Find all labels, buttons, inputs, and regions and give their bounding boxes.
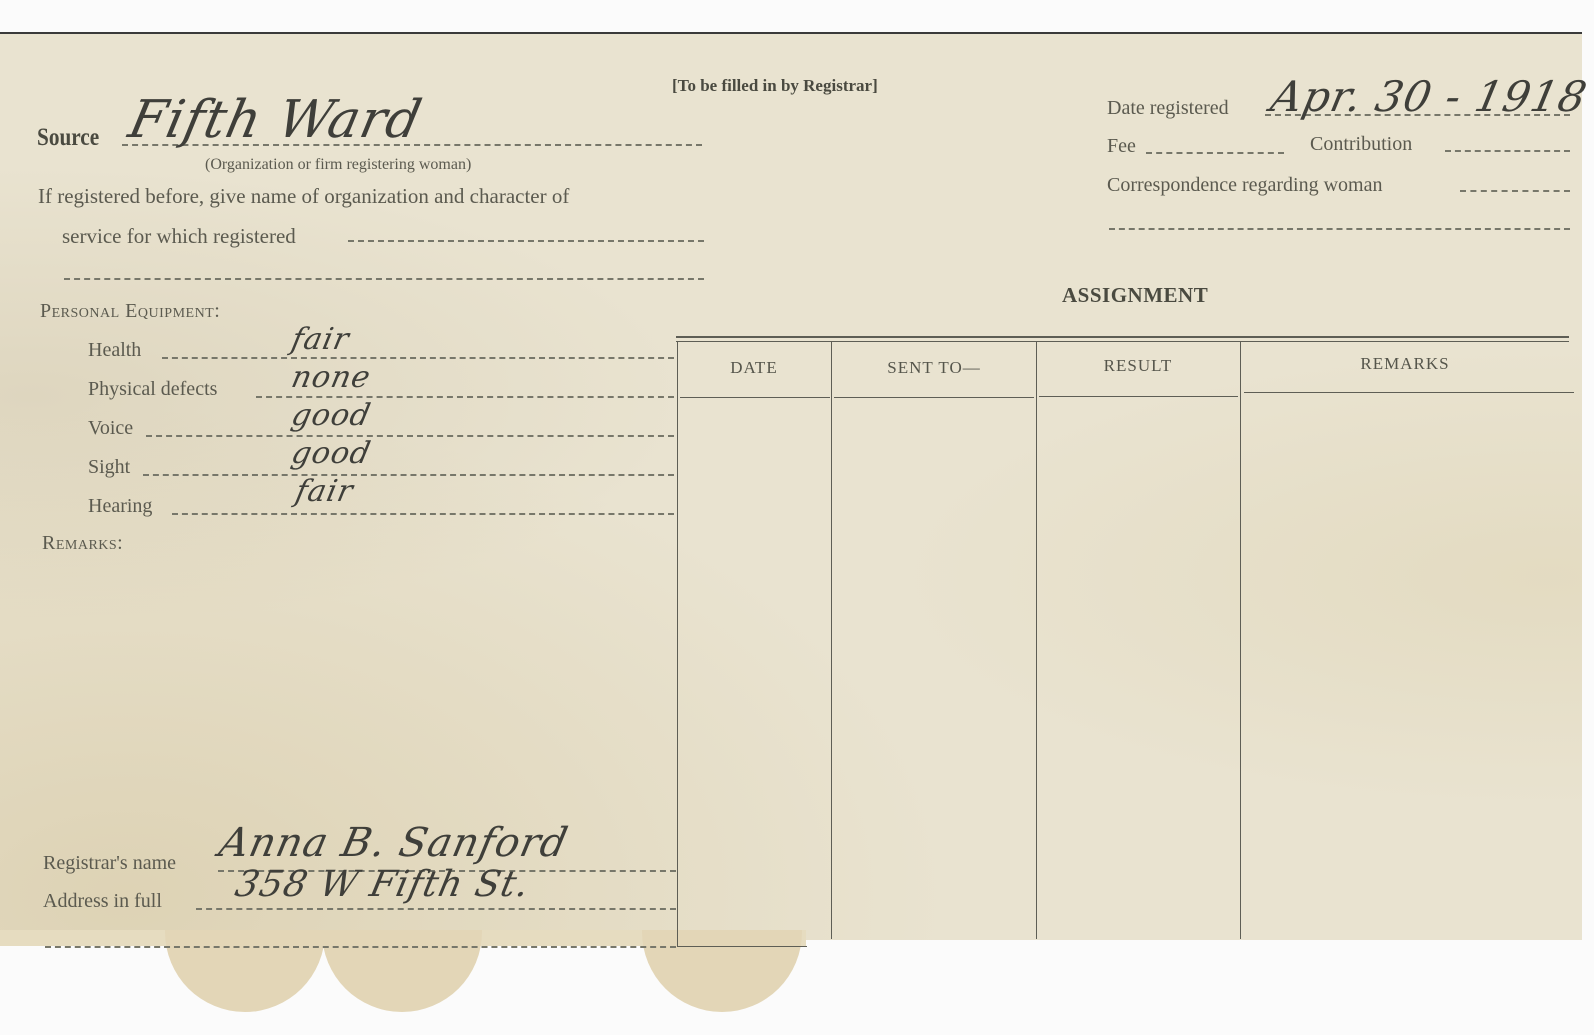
- voice-value: good: [288, 398, 374, 433]
- table-bottom-rule: [677, 946, 807, 947]
- index-tab: [165, 930, 325, 1012]
- header-rule: [1244, 392, 1574, 393]
- correspondence-field[interactable]: [1460, 190, 1570, 192]
- column-header-date: DATE: [679, 358, 829, 378]
- header-rule: [1039, 396, 1238, 397]
- address-field-2[interactable]: [45, 946, 676, 948]
- sight-label: Sight: [88, 456, 130, 479]
- contribution-field[interactable]: [1445, 150, 1570, 152]
- health-value: fair: [288, 322, 352, 357]
- voice-field[interactable]: [146, 435, 674, 437]
- header-rule: [834, 397, 1034, 398]
- registered-before-label-2: service for which registered: [62, 224, 296, 249]
- address-field[interactable]: [196, 908, 676, 910]
- health-label: Health: [88, 339, 141, 362]
- address-value: 358 W Fifth St.: [232, 864, 534, 905]
- assignment-title: ASSIGNMENT: [1062, 283, 1208, 308]
- source-caption: (Organization or firm registering woman): [205, 156, 471, 174]
- contribution-label: Contribution: [1310, 133, 1412, 156]
- date-registered-value: Apr. 30 - 1918: [1267, 72, 1592, 121]
- index-tab: [322, 930, 482, 1012]
- table-top-rule-2: [676, 341, 1569, 342]
- table-top-rule: [676, 336, 1569, 338]
- remarks-label: Remarks:: [42, 532, 123, 555]
- hearing-field[interactable]: [172, 513, 674, 515]
- health-field[interactable]: [162, 357, 674, 359]
- column-divider: [1036, 342, 1037, 939]
- sight-value: good: [288, 436, 374, 471]
- hearing-value: fair: [292, 474, 356, 509]
- address-label: Address in full: [43, 890, 162, 913]
- physical-defects-value: none: [288, 360, 374, 395]
- fee-field[interactable]: [1146, 152, 1284, 154]
- sight-field[interactable]: [143, 474, 674, 476]
- personal-equipment-title: Personal Equipment:: [40, 300, 220, 323]
- hearing-label: Hearing: [88, 495, 152, 518]
- registered-before-label: If registered before, give name of organ…: [38, 184, 569, 209]
- column-divider: [1240, 342, 1241, 939]
- column-header-sent-to: SENT TO—: [833, 358, 1035, 378]
- date-registered-label: Date registered: [1107, 97, 1229, 120]
- column-divider: [831, 342, 832, 939]
- source-label: Source: [37, 124, 99, 152]
- correspondence-label: Correspondence regarding woman: [1107, 174, 1382, 197]
- physical-defects-label: Physical defects: [88, 378, 217, 401]
- fee-label: Fee: [1107, 135, 1136, 158]
- registered-before-field[interactable]: [348, 240, 704, 242]
- index-tab: [642, 930, 802, 1012]
- source-value: Fifth Ward: [124, 90, 428, 150]
- registrar-name-label: Registrar's name: [43, 852, 176, 875]
- header-rule: [680, 397, 830, 398]
- column-header-remarks: REMARKS: [1242, 354, 1568, 374]
- voice-label: Voice: [88, 417, 133, 440]
- registered-before-field-2[interactable]: [64, 278, 704, 280]
- column-header-result: RESULT: [1038, 356, 1238, 376]
- registrar-note: [To be filled in by Registrar]: [672, 76, 878, 96]
- table-border-left: [677, 342, 678, 947]
- correspondence-field-2[interactable]: [1109, 228, 1570, 230]
- registrar-name-value: Anna B. Sanford: [215, 820, 572, 866]
